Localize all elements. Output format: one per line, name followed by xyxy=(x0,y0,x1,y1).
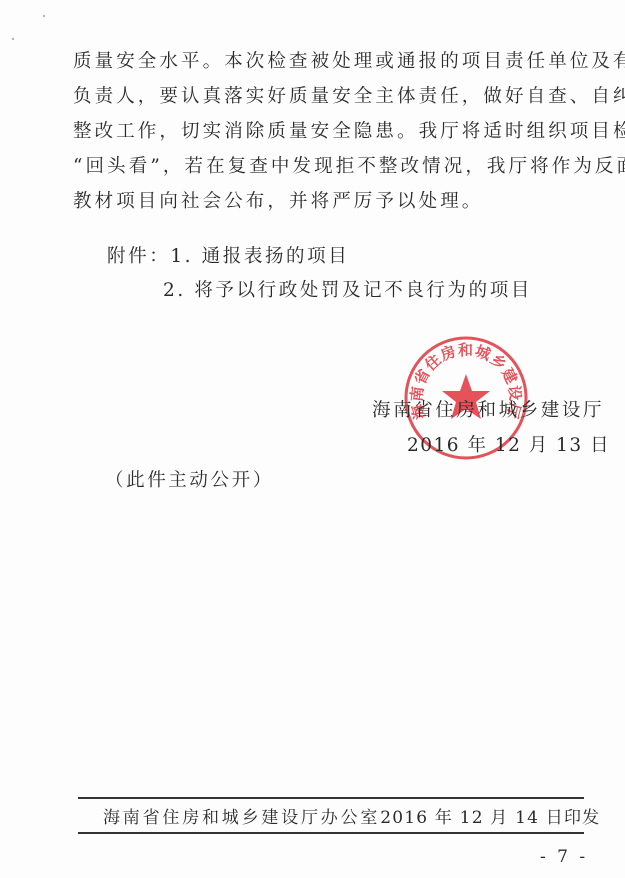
signature-organization: 海南省住房和城乡建设厅 xyxy=(372,396,604,422)
body-line: “回头看”，若在复查中发现拒不整改情况，我厅将作为反面 xyxy=(73,149,573,184)
scan-artifact xyxy=(43,15,45,17)
footer-issuer: 海南省住房和城乡建设厅办公室 xyxy=(103,803,380,828)
body-line: 质量安全水平。本次检查被处理或通报的项目责任单位及有关 xyxy=(73,44,573,79)
body-line: 整改工作，切实消除质量安全隐患。我厅将适时组织项目检查 xyxy=(73,114,573,149)
attachment-item: 1. 通报表扬的项目 xyxy=(170,246,349,267)
footer-top-rule xyxy=(78,797,584,799)
footer-print-date: 2016 年 12 月 14 日印发 xyxy=(380,803,600,828)
page-number: - 7 - xyxy=(540,847,588,867)
scan-artifact xyxy=(12,38,14,40)
body-line: 负责人，要认真落实好质量安全主体责任，做好自查、自纠和 xyxy=(73,79,573,114)
body-paragraph: 质量安全水平。本次检查被处理或通报的项目责任单位及有关 负责人，要认真落实好质量… xyxy=(73,44,573,219)
signature-date: 2016 年 12 月 13 日 xyxy=(407,431,610,457)
footer-bottom-rule xyxy=(78,832,584,834)
footer-issuance: 海南省住房和城乡建设厅办公室 2016 年 12 月 14 日印发 xyxy=(103,803,573,828)
attachments-list: 附件：1. 通报表扬的项目 2. 将予以行政处罚及记不良行为的项目 xyxy=(107,240,532,308)
attachments-label: 附件： xyxy=(107,246,170,267)
document-page: 质量安全水平。本次检查被处理或通报的项目责任单位及有关 负责人，要认真落实好质量… xyxy=(0,0,625,878)
disclosure-note: （此件主动公开） xyxy=(105,466,274,492)
attachment-item: 2. 将予以行政处罚及记不良行为的项目 xyxy=(163,280,532,301)
body-line: 教材项目向社会公布，并将严厉予以处理。 xyxy=(73,184,573,219)
